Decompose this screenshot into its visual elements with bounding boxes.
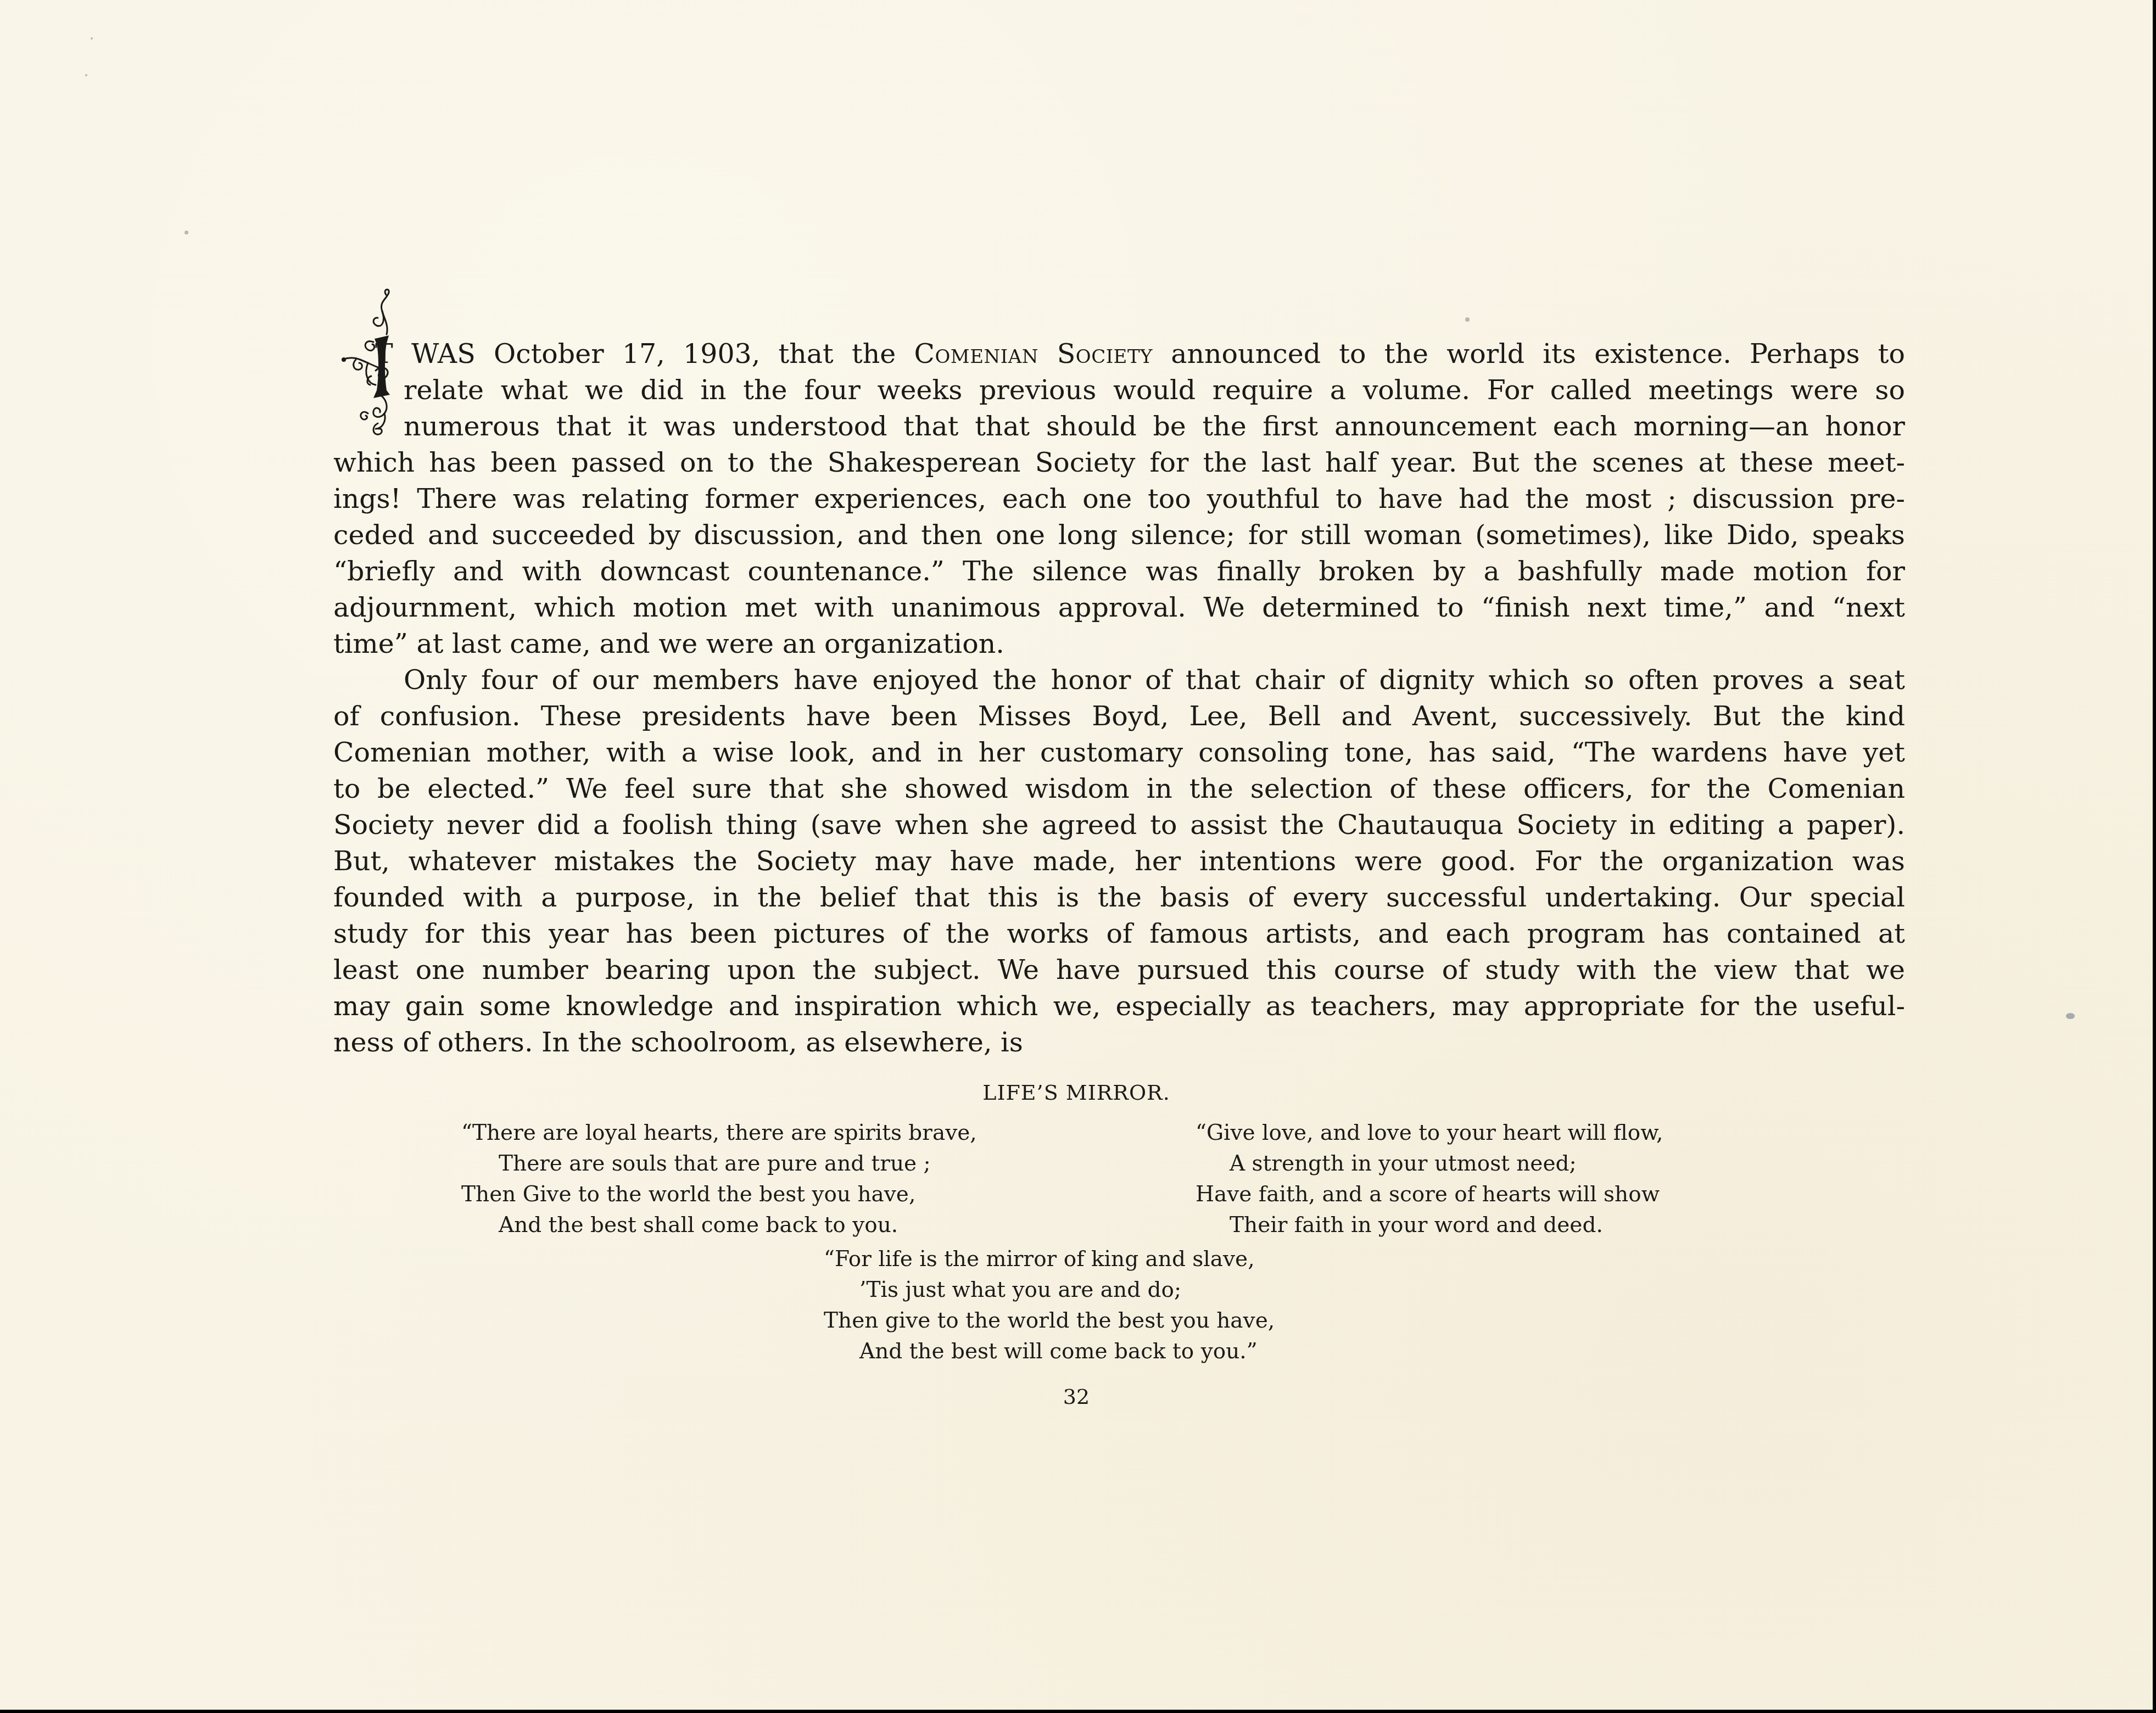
paragraph-2: Only four of our members have enjoyed th… (333, 662, 1905, 1061)
paper-speck (2066, 1013, 2075, 1019)
text-line: But, whatever mistakes the Society may h… (333, 843, 1905, 880)
text-line: of confusion. These presidents have been… (333, 698, 1905, 735)
text-line: study for this year has been pictures of… (333, 916, 1905, 952)
text-line: T WAS October 17, 1903, that the Comenia… (375, 336, 1905, 372)
text-line: Comenian mother, with a wise look, and i… (333, 735, 1905, 771)
paragraph-1: T WAS October 17, 1903, that the Comenia… (333, 336, 1905, 662)
verse-line: Then Give to the world the best you have… (461, 1179, 977, 1210)
verse-line: ’Tis just what you are and do; (824, 1275, 1275, 1306)
text-line: time” at last came, and we were an organ… (333, 626, 1905, 662)
book-page: T WAS October 17, 1903, that the Comenia… (0, 0, 2153, 1710)
text-line: numerous that it was understood that tha… (404, 408, 1905, 445)
verse-line: And the best shall come back to you. (461, 1210, 977, 1241)
verse-line: Their faith in your word and deed. (1196, 1210, 1663, 1241)
verse-line: A strength in your utmost need; (1196, 1149, 1663, 1179)
text-line: Society never did a foolish thing (save … (333, 807, 1905, 843)
page-number: 32 (0, 1385, 2153, 1409)
text-line: relate what we did in the four weeks pre… (404, 372, 1905, 408)
poem-stanza-2: “Give love, and love to your heart will … (1196, 1118, 1663, 1241)
poem-stanza-1: “There are loyal hearts, there are spiri… (461, 1118, 977, 1241)
text-line: may gain some knowledge and inspiration … (333, 988, 1905, 1025)
text-line: ings! There was relating former experien… (333, 481, 1905, 517)
verse-line: “For life is the mirror of king and slav… (824, 1244, 1275, 1275)
verse-line: Have faith, and a score of hearts will s… (1196, 1179, 1663, 1210)
verse-line: There are souls that are pure and true ; (461, 1149, 977, 1179)
text-line: ness of others. In the schoolroom, as el… (333, 1025, 1905, 1061)
verse-line: “There are loyal hearts, there are spiri… (461, 1118, 977, 1149)
verse-line: And the best will come back to you.” (824, 1336, 1275, 1367)
text-run: T WAS October 17, 1903, that the (375, 338, 914, 370)
text-run: announced to the world its existence. Pe… (1153, 338, 1905, 370)
society-name-smallcaps: Comenian Society (914, 338, 1153, 370)
text-line: ceded and succeeded by discussion, and t… (333, 517, 1905, 553)
paper-speck (1465, 317, 1470, 322)
text-line: founded with a purpose, in the belief th… (333, 880, 1905, 916)
paper-speck (91, 37, 93, 40)
paper-speck (185, 231, 188, 234)
text-line: Only four of our members have enjoyed th… (333, 662, 1905, 698)
verse-line: “Give love, and love to your heart will … (1196, 1118, 1663, 1149)
text-line: which has been passed on to the Shakespe… (333, 445, 1905, 481)
text-line: adjournment, which motion met with unani… (333, 590, 1905, 626)
poem-stanza-3: “For life is the mirror of king and slav… (824, 1244, 1275, 1367)
text-line: to be elected.” We feel sure that she sh… (333, 771, 1905, 807)
verse-line: Then give to the world the best you have… (824, 1306, 1275, 1336)
poem-title: LIFE’S MIRROR. (0, 1081, 2153, 1105)
article-body: T WAS October 17, 1903, that the Comenia… (333, 336, 1905, 1061)
text-line: “briefly and with downcast countenance.”… (333, 553, 1905, 590)
paper-speck (85, 74, 87, 76)
text-line: least one number bearing upon the subjec… (333, 952, 1905, 988)
